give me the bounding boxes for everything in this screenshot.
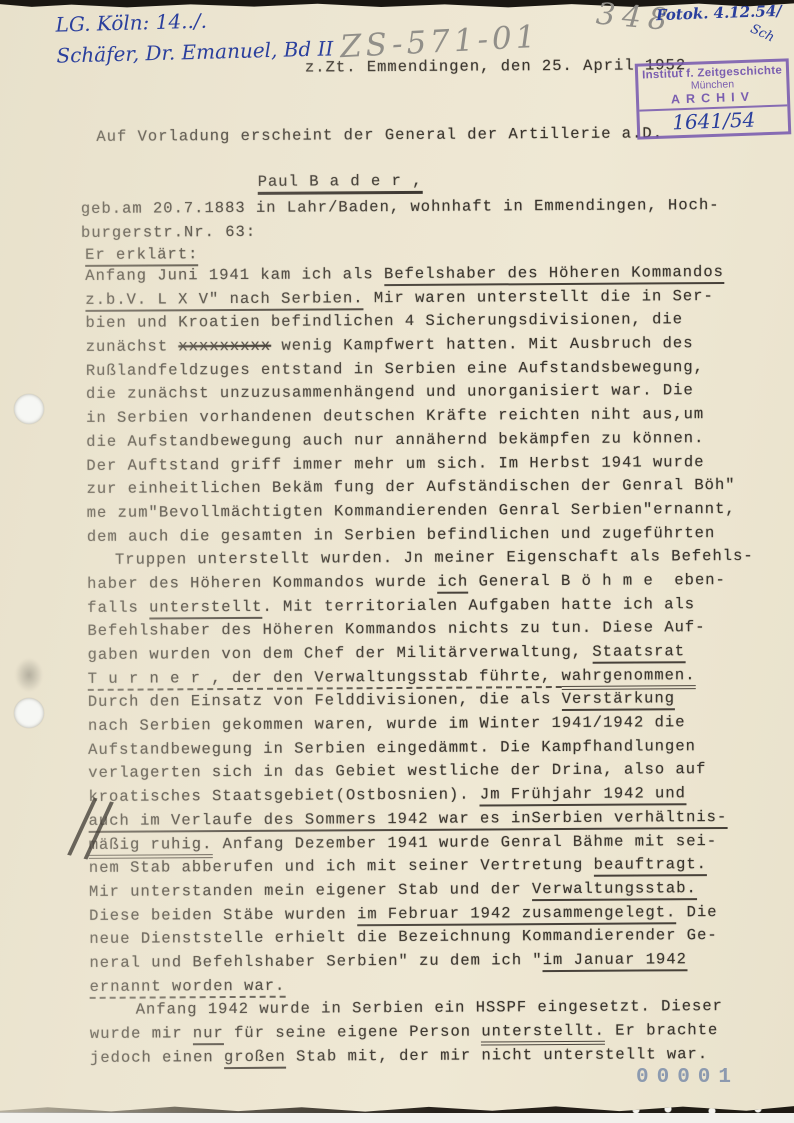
typed-line: me zum″Bevollmächtigten Kommandierenden … (87, 498, 757, 526)
typed-segment-marked: Verstärkung (562, 690, 675, 712)
typed-line: die Aufstandbewegung auch nur annähernd … (86, 427, 756, 455)
typed-segment: gaben wurden von dem Chef der Militärver… (88, 643, 593, 664)
typed-segment: in Serbien vorhandenen deutschen Kräfte … (86, 405, 704, 427)
typed-line: Mir unterstanden mein eigener Stab und d… (89, 877, 759, 905)
typed-segment: haber des Höheren Kommandos wurde (87, 573, 437, 593)
typed-segment-marked: auch im Verlaufe des Sommers 1942 war es… (89, 808, 728, 833)
birth-line-1: geb.am 20.7.1883 in Lahr/Baden, wohnhaft… (81, 196, 720, 218)
typed-segment: Mir waren unterstellt die in Ser- (363, 287, 713, 307)
typed-segment: neue Dienststelle erhielt die Bezeichnun… (89, 926, 718, 948)
typed-segment-marked: Jm Frühjahr 1942 und (480, 784, 686, 806)
typed-segment: nem Stab abberufen und ich mit seiner Ve… (89, 856, 594, 877)
typed-segment: Durch den Einsatz von Felddivisionen, di… (88, 690, 562, 711)
scanned-document-page: z.Zt. Emmendingen, den 25. April 1952 Au… (0, 0, 794, 1123)
typed-segment-marked: ernannt worden war. (90, 976, 286, 998)
archive-stamp-number: 1641/54 (639, 104, 788, 135)
typed-segment: bien und Kroatien befindlichen 4 Sicheru… (85, 311, 683, 333)
typed-segment-marked: z.b.V. L X V″ nach Serbien. (85, 289, 363, 312)
archive-stamp: Institut f. Zeitgeschichte München ARCHI… (635, 58, 792, 139)
typed-segment-marked: wahrgenommen. (562, 666, 696, 690)
typed-segment: die Aufstandbewegung auch nur annähernd … (86, 429, 704, 451)
typed-segment: zur einheitlichen Bekäm fung der Aufstän… (86, 476, 735, 498)
typed-segment: General B ö h m e eben- (468, 571, 726, 591)
typed-segment-marked: Verwaltungsstab. (532, 879, 697, 901)
typed-segment: jedoch einen (90, 1048, 224, 1067)
birth-line-2: burgerstr.Nr. 63: (81, 223, 256, 242)
typed-segment: falls (87, 598, 149, 616)
page-number-stamp: 00001 (636, 1066, 739, 1089)
typed-segment: Anfang Juni 1941 kam ich als (85, 265, 384, 285)
typed-segment-marked: xxxxxxxxx (178, 337, 271, 356)
typed-segment: zunächst (86, 337, 179, 356)
typewritten-layer: z.Zt. Emmendingen, den 25. April 1952 Au… (0, 0, 794, 1123)
typed-segment: Anfang 1942 wurde in Serbien ein HSSPF e… (136, 997, 723, 1019)
typed-segment-marked: mäßig ruhig. (89, 835, 213, 859)
typed-segment: wenig Kampfwert hatten. Mit Ausbruch des (271, 334, 693, 355)
typed-segment-marked: T u r n e r , der den Verwaltungsstab fü… (88, 667, 562, 691)
witness-name: Paul B a d e r , (258, 172, 423, 195)
typed-segment: Diese beiden Stäbe wurden (89, 905, 357, 925)
typed-segment: Rußlandfeldzuges entstand in Serbien ein… (86, 358, 704, 380)
intro-line: Auf Vorladung erscheint der General der … (96, 124, 663, 145)
typed-segment-marked: Befelshaber des Höheren Kommandos (384, 263, 724, 286)
typed-segment: für seine eigene Person (224, 1022, 482, 1042)
typed-segment-marked: ich (437, 573, 468, 594)
typed-segment: Anfang Dezember 1941 wurde Genral Bähme … (212, 832, 717, 853)
typed-segment-marked: großen (224, 1047, 286, 1068)
typed-segment: Aufstandbewegung in Serbien eingedämmt. … (88, 737, 696, 759)
typed-segment-marked: beauftragt. (594, 855, 707, 877)
typed-segment-marked: nur (193, 1024, 224, 1045)
typed-segment: Mir unterstanden mein eigener Stab und d… (89, 880, 532, 901)
typed-segment: Befehlshaber des Höheren Kommandos nicht… (87, 618, 705, 640)
typed-segment: Truppen unterstellt wurden. Jn meiner Ei… (115, 547, 754, 569)
typed-line: auch im Verlaufe des Sommers 1942 war es… (89, 806, 759, 834)
typed-segment: verlagerten sich in das Gebiet westliche… (88, 761, 706, 783)
typed-segment-marked: im Februar 1942 zusammengelegt. (357, 903, 676, 926)
typed-segment: neral und Befehlshaber Serbien″ zu dem i… (89, 951, 542, 972)
handwritten-court-reference: LG. Köln: 14../. Schäfer, Dr. Emanuel, B… (55, 2, 334, 71)
typed-segment: Stab mit, der mir nicht unterstellt war. (286, 1045, 708, 1066)
scan-margin-bottom (0, 1113, 794, 1123)
typed-segment: me zum″Bevollmächtigten Kommandierenden … (87, 500, 736, 522)
typed-segment: nach Serbien gekommen waren, wurde im Wi… (88, 713, 686, 735)
typed-segment: dem auch die gesamten in Serbien befindl… (87, 524, 716, 546)
typed-segment-marked: im Januar 1942 (543, 950, 687, 972)
typed-segment-marked: Staatsrat (592, 642, 685, 664)
typed-segment-marked: unterstellt. (481, 1022, 605, 1046)
typed-segment-marked: unterstellt (149, 597, 262, 619)
typed-segment: Er brachte (605, 1021, 718, 1040)
declaration-heading: Er erklärt: (85, 245, 198, 264)
typed-segment: die zunächst unzuzusammenhängend und uno… (86, 382, 694, 404)
typed-line: haber des Höheren Kommandos wurde ich Ge… (87, 569, 757, 597)
typed-line: neral und Befehlshaber Serbien″ zu dem i… (89, 948, 759, 976)
typed-segment: wurde mir (90, 1024, 193, 1043)
typed-segment: . Mit territorialen Aufgaben hatte ich a… (262, 595, 695, 616)
typed-segment: kroatisches Staatsgebiet(Ostbosnien). (88, 786, 480, 806)
body-lines: Anfang Juni 1941 kam ich als Befelshaber… (85, 261, 760, 1070)
typed-segment: Der Auftstand griff immer mehr um sich. … (86, 453, 704, 475)
typed-segment: Die (676, 903, 717, 921)
